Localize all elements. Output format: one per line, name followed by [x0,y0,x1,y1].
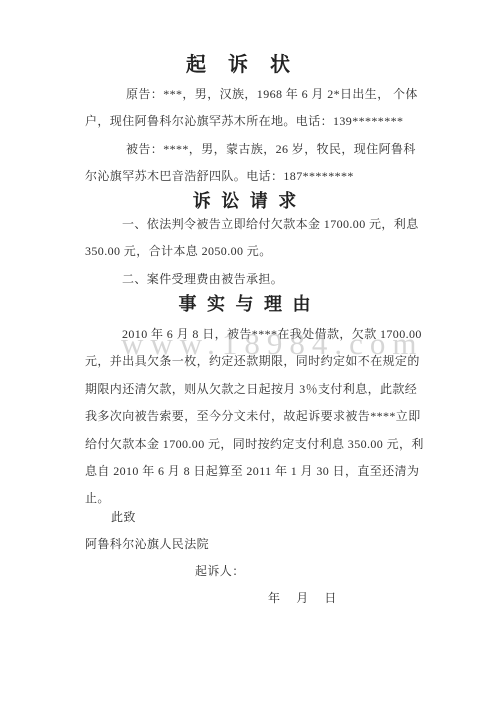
claims-section: 一、依法判令被告立即给付欠款本金 1700.00 元，利息 350.00 元，合… [85,211,415,293]
facts-section: 2010 年 6 月 8 日，被告****在我处借款，欠款 1700.00 元，… [85,321,415,513]
court-name: 阿鲁科尔沁旗人民法院 [85,531,209,558]
facts-line: 我多次向被告索要，至今分文未付，故起诉要求被告****立即 [85,403,415,430]
facts-line: 2010 年 6 月 8 日，被告****在我处借款，欠款 1700.00 [85,321,415,348]
claim-line: 350.00 元，合计本息 2050.00 元。 [85,238,415,265]
date-line: 年 月 日 [268,585,337,612]
claim-line: 一、依法判令被告立即给付欠款本金 1700.00 元，利息 [85,211,415,238]
facts-heading: 事 实 与 理 由 [83,290,409,316]
parties-section: 原告：***，男，汉族，1968 年 6 月 2*日出生， 个体 户，现住阿鲁科… [85,81,415,191]
plaintiff-info-line: 原告：***，男，汉族，1968 年 6 月 2*日出生， 个体 [85,81,415,108]
document-title: 起 诉 状 [75,48,405,77]
facts-line: 给付欠款本金 1700.00 元，同时按约定支付利息 350.00 元，利 [85,431,415,458]
claims-heading: 诉 讼 请 求 [83,187,409,213]
defendant-info-line: 被告：****，男，蒙古族，26 岁，牧民，现住阿鲁科 [85,136,415,163]
salute-text: 此致 [111,504,136,531]
facts-line: 息自 2010 年 6 月 8 日起算至 2011 年 1 月 30 日，直至还… [85,458,415,485]
document-page: www.18984.com 起 诉 状 原告：***，男，汉族，1968 年 6… [0,0,500,708]
plaintiff-info-line: 户，现住阿鲁科尔沁旗罕苏木所在地。电话：139******** [85,108,415,135]
facts-line: 元，并出具欠条一枚，约定还款期限，同时约定如不在规定的 [85,348,415,375]
facts-line: 期限内还清欠款，则从欠款之日起按月 3％支付利息，此款经 [85,376,415,403]
plaintiff-label: 起诉人： [195,558,245,585]
